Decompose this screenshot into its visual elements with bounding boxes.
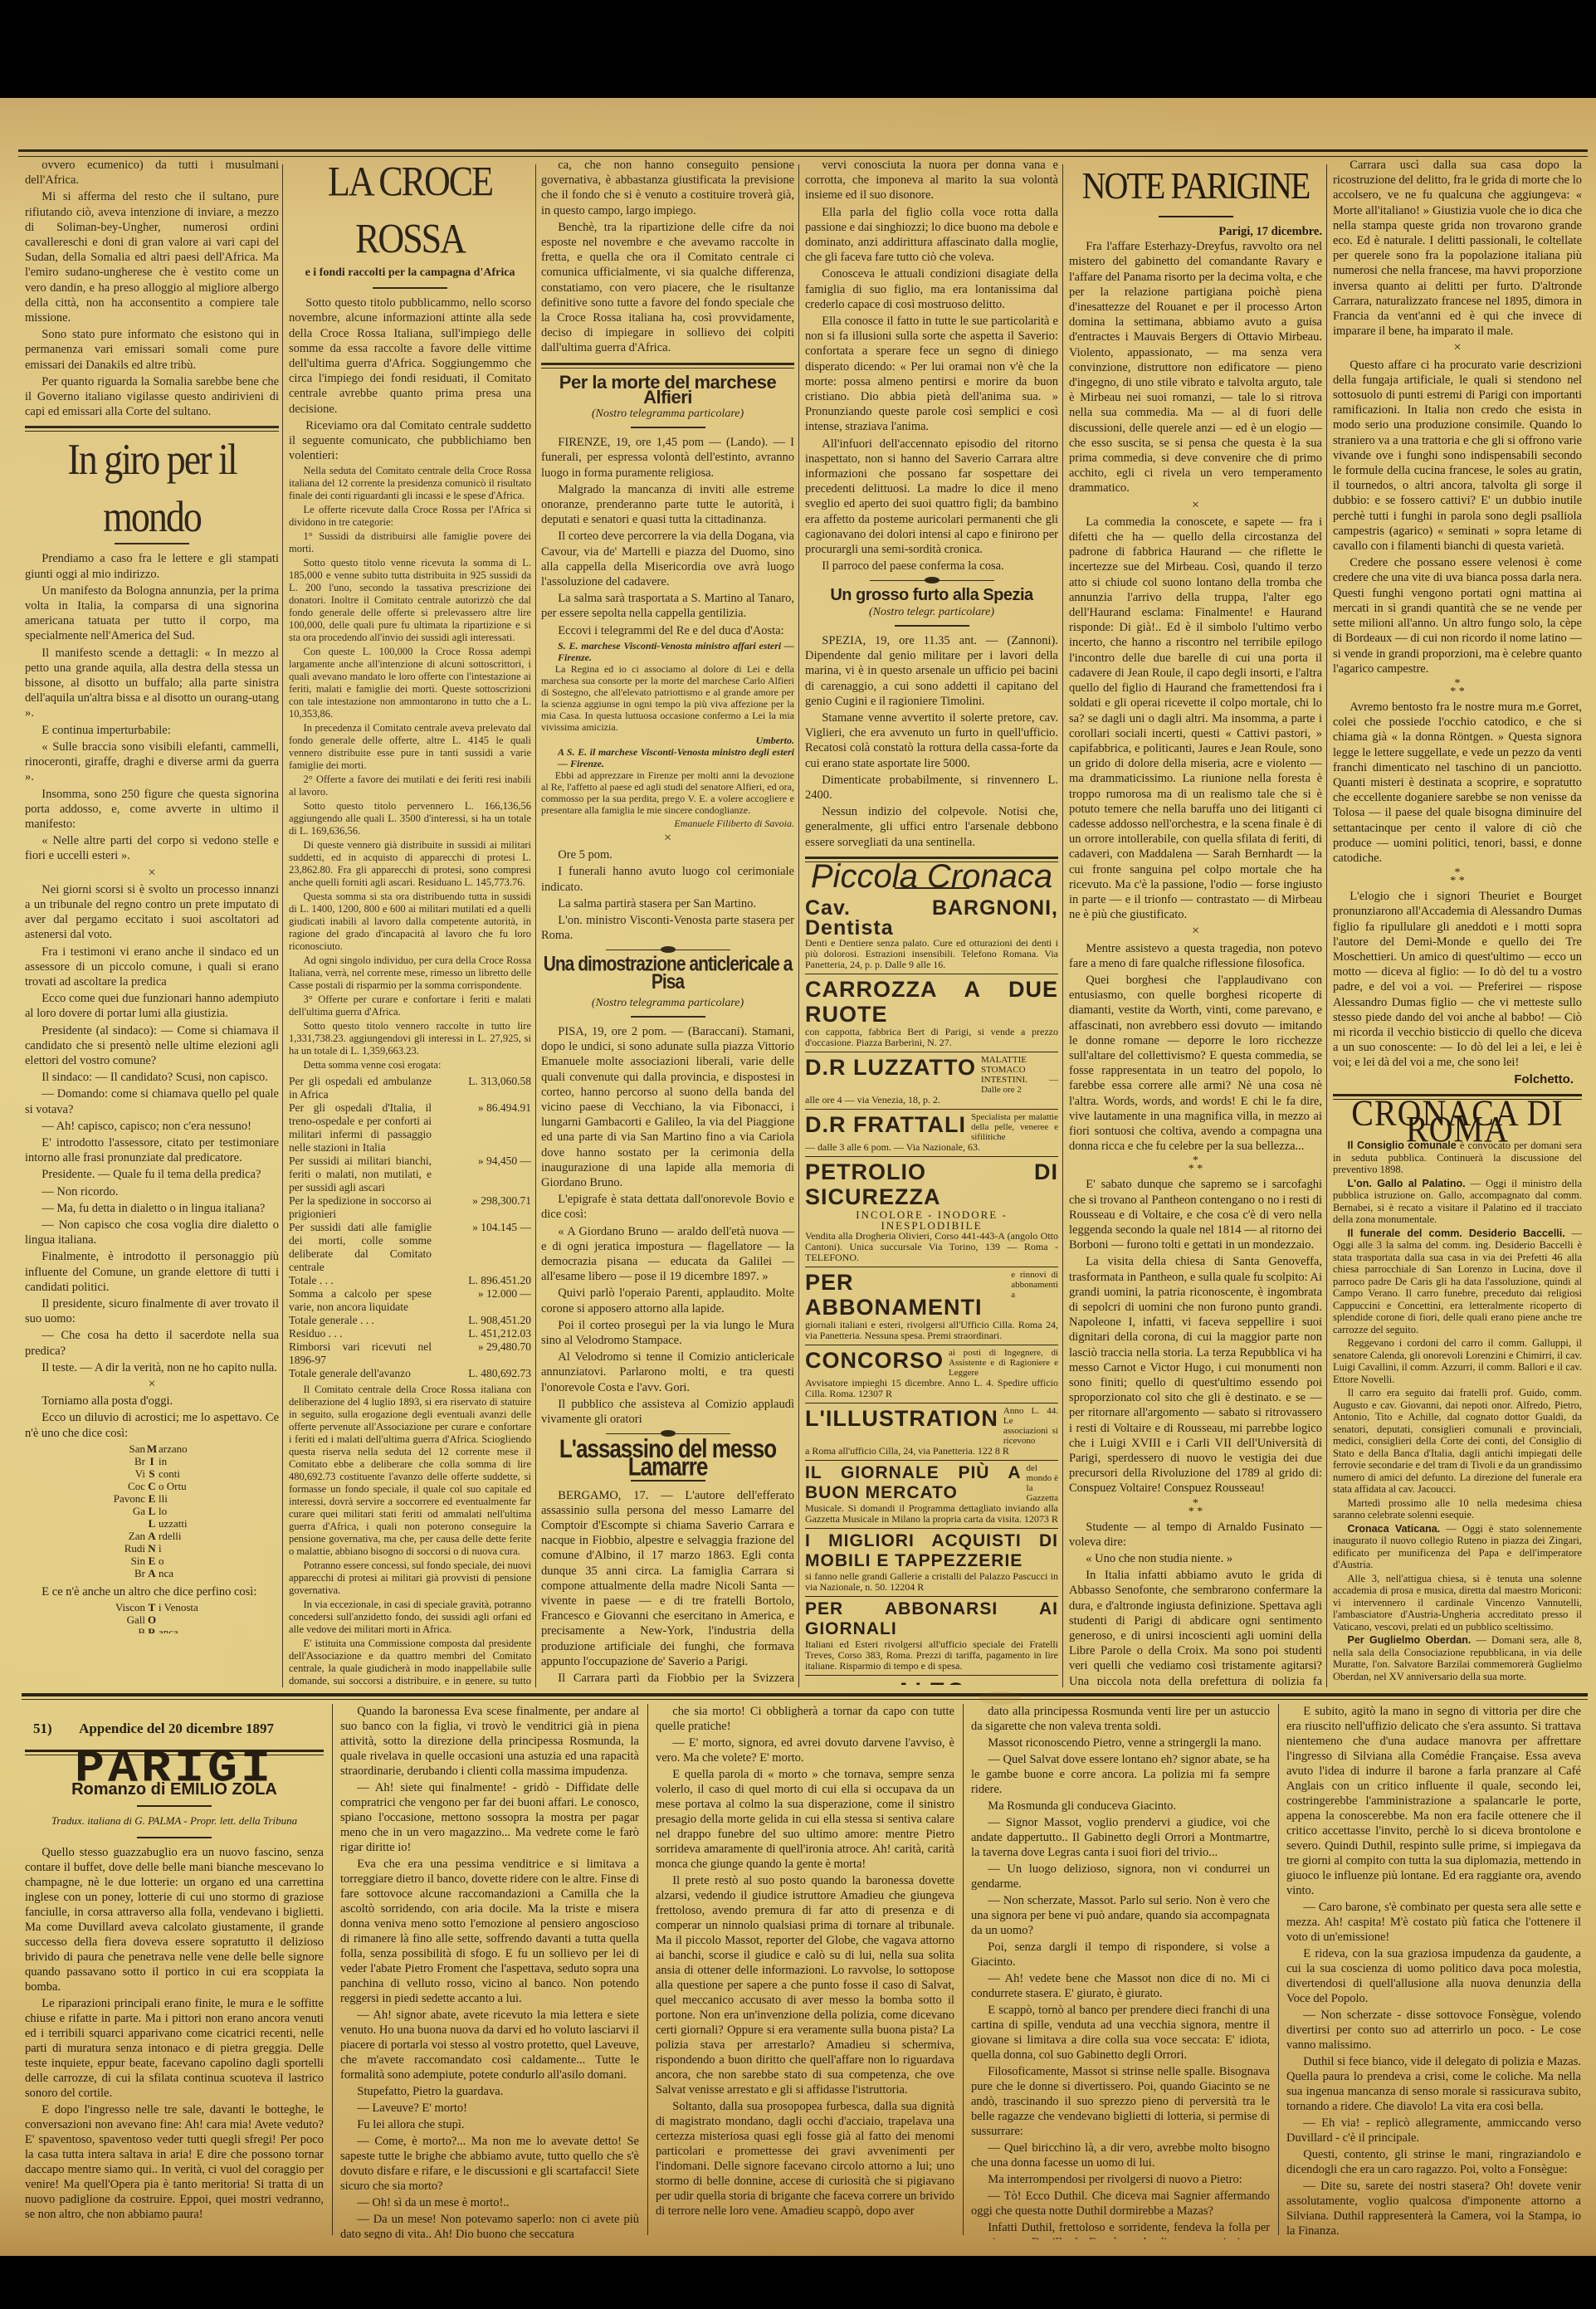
acrostic-intro-2: E ce n'è anche un altro che dice perfino… — [25, 1584, 279, 1599]
classified-ad: IL GIORNALE PIÙ A BUON MERCATOdel mondo … — [805, 1461, 1058, 1529]
paragraph: Riceviamo ora dal Comitato centrale sudd… — [289, 418, 531, 464]
acrostic-line: BrIin — [25, 1455, 279, 1467]
paragraph: Dimenticate probabilmente, si rinvennero… — [805, 773, 1058, 803]
paragraph: Quello stesso guazzabuglio era un nuovo … — [25, 1845, 324, 1994]
paragraph: Stamane venne avvertito il solerte preto… — [805, 710, 1058, 771]
cronaca-item: Cronaca Vaticana. — Oggi è stato solenne… — [1333, 1523, 1582, 1571]
paragraph: Per quanto riguarda la Somalia sarebbe b… — [25, 374, 279, 420]
paragraph: Poi, senza dargli il tempo di rispondere… — [971, 1940, 1270, 1970]
paragraph: Il sindaco: — Il candidato? Scusi, non c… — [25, 1070, 279, 1085]
paragraph: La salma partirà stasera per San Martino… — [541, 896, 794, 911]
paragraph: Mi si afferma del resto che il sultano, … — [25, 189, 279, 325]
paragraph: — Ah! capisco, capisco; non c'era nessun… — [25, 1119, 279, 1134]
paragraph: Mentre assistevo a questa tragedia, non … — [1069, 941, 1322, 971]
account-row: Per gli ospedali ed ambulanze in AfricaL… — [289, 1075, 531, 1101]
paragraph: — Ma, fu detta in dialetto o in lingua i… — [25, 1201, 279, 1216]
paragraph: — Ah! vedete bene che Massot non dice di… — [971, 1971, 1270, 2001]
classified-ad: L'ILLUSTRATIONAnno L. 44. Le associazion… — [805, 1403, 1058, 1461]
paragraph: vervi conosciuta la nuora per donna vana… — [805, 158, 1058, 203]
paragraph: All'infuori dell'accennato episodio del … — [805, 437, 1058, 558]
acrostic-line: VisconTi Venosta — [25, 1601, 279, 1613]
column-2: LA CROCE ROSSA e i fondi raccolti per la… — [289, 158, 531, 1685]
paragraph: — Un luogo delizioso, signora, non vi co… — [971, 1862, 1270, 1892]
paragraph: PISA, 19, ore 2 pom. — (Baraccani). Stam… — [541, 1024, 794, 1190]
paragraph: Credere che possano essere velenosi è co… — [1333, 555, 1582, 676]
paragraph: Sono stato pure informato che esistono q… — [25, 327, 279, 373]
classified-ad: PER ABBONARSI AI GIORNALIItaliani ed Est… — [805, 1597, 1058, 1676]
paragraph: Nei giorni scorsi si è svolto un process… — [25, 882, 279, 943]
paragraph: 3° Offerte per curare e confortare i fer… — [289, 993, 531, 1018]
newspaper-page: ovvero ecumenico) da tutti i musulmani d… — [0, 98, 1596, 2256]
paragraph: Nessun indizio del colpevole. Notisi che… — [805, 804, 1058, 850]
paragraph: FIRENZE, 19, ore 1,45 pom — (Lando). — I… — [541, 435, 794, 481]
acrostic-line: CocCo Ortu — [25, 1480, 279, 1492]
paragraph: — Eh via! - replicò allegramente, ammicc… — [1286, 2116, 1581, 2145]
paragraph: BERGAMO, 17. — L'autore dell'efferato as… — [541, 1488, 794, 1669]
paragraph: Il parroco del paese conferma la cosa. — [805, 559, 1058, 574]
paragraph: Fra i testimoni vi erano anche il sindac… — [25, 945, 279, 990]
paragraph: Ella parla del figlio colla voce rotta d… — [805, 205, 1058, 266]
classified-ad: CARROZZA A DUE RUOTEcon cappotta, fabbri… — [805, 974, 1058, 1052]
classified-ad: PER ABBONAMENTIe rinnovi di abbonamenti … — [805, 1267, 1058, 1345]
paragraph: E quella parola di « morto » che tornava… — [656, 1767, 954, 1872]
paragraph: Ad ogni singolo individuo, per cura dell… — [289, 954, 531, 992]
paragraph: SPEZIA, 19, ore 11.35 ant. — (Zannoni). … — [805, 633, 1058, 709]
paragraph: Ma Rosmunda gli conduceva Giacinto. — [971, 1799, 1270, 1814]
paragraph: Il Carrara partì da Fiobbio per la Svizz… — [541, 1671, 794, 1685]
acrostic-line: BRanca — [25, 1626, 279, 1633]
paragraph: « Sulle braccia sono visibili elefanti, … — [25, 740, 279, 785]
paragraph: E subito, agitò la mano in segno di vitt… — [1286, 1704, 1581, 1898]
paragraph: — Signor Massot, voglio prendervi a giud… — [971, 1815, 1270, 1860]
paragraph: Presidente. — Quale fu il tema della pre… — [25, 1167, 279, 1182]
feuilleton-col-3: che sia morto! Ci obbligherà a tornar da… — [656, 1704, 954, 2239]
classified-ad: PETROLIO DI SICUREZZAINCOLORE - INODORE … — [805, 1157, 1058, 1267]
dateline-parigi: Parigi, 17 dicembre. — [1069, 224, 1322, 239]
acrostic-line: ViSconti — [25, 1467, 279, 1480]
signature-folchetto: Folchetto. — [1333, 1072, 1574, 1087]
paragraph: Sotto questo titolo pervennero L. 166,13… — [289, 800, 531, 837]
col1-body2: Nei giorni scorsi si è svolto un process… — [25, 882, 279, 1375]
cronaca-item: Martedì prossimo alle 10 nella medesima … — [1333, 1497, 1582, 1521]
paragraph: L'elogio che i signori Theuriet e Bourge… — [1333, 889, 1582, 1070]
paragraph: — Non scherzate, Massot. Parlo sul serio… — [971, 1893, 1270, 1938]
paragraph: Questo affare ci ha procurato varie desc… — [1333, 358, 1582, 554]
paragraph: In precedenza il Comitato centrale aveva… — [289, 722, 531, 772]
paragraph: Il corteo deve percorrere la via della D… — [541, 529, 794, 589]
acrostic-line: GallO — [25, 1613, 279, 1626]
paragraph: Con queste L. 100,000 la Croce Rossa ade… — [289, 646, 531, 720]
appendice-line: 51) Appendice del 20 dicembre 1897 — [33, 1721, 274, 1737]
paragraph: Quivi parlò l'operaio Parenti, applaudit… — [541, 1286, 794, 1316]
paragraph: E continua imperturbabile: — [25, 723, 279, 738]
col1-intro: ovvero ecumenico) da tutti i musulmani d… — [25, 158, 279, 419]
paragraph: Questa somma si sta ora distribuendo tut… — [289, 891, 531, 953]
paragraph: Ella conosce il fatto in tutte le sue pa… — [805, 314, 1058, 435]
paragraph: Un manifesto da Bologna annunzia, per la… — [25, 583, 279, 644]
paragraph: Quei borghesi che l'applaudivano con ent… — [1069, 973, 1322, 1154]
classified-ads: Cav. BARGNONI, DentistaDenti e Dentiere … — [805, 896, 1058, 1676]
paragraph: L'epigrafe è stata dettata dall'onorevol… — [541, 1192, 794, 1222]
paragraph: Avremo bentosto fra le nostre mura m.e G… — [1333, 700, 1582, 866]
acrostic-1: SanMarzanoBrIinViScontiCocCo OrtuPavoncE… — [25, 1443, 279, 1579]
paragraph: Insomma, sono 250 figure che questa sign… — [25, 787, 279, 832]
acrostic-line: GaLlo — [25, 1505, 279, 1517]
paragraph: Poi il corteo proseguì per la via lungo … — [541, 1318, 794, 1348]
paragraph: 2° Offerte a favore dei mutilati e dei f… — [289, 774, 531, 798]
paragraph: — E' morto, signora, ed avrei dovuto dar… — [656, 1735, 954, 1765]
acrostic-2: VisconTi VenostaGallOBRancaS. MarzaNoLuz… — [25, 1601, 279, 1633]
paragraph: Il presidente, sicuro finalmente di aver… — [25, 1296, 279, 1326]
cronaca-item: Il carro era seguito dai fratelli prof. … — [1333, 1387, 1582, 1496]
paragraph: E rideva, con la sua graziosa impudenza … — [1286, 1946, 1581, 2006]
paragraph: Finalmente, è introdotto il personaggio … — [25, 1249, 279, 1295]
account-row: Residuo . . .L. 451,212.03 — [289, 1327, 531, 1340]
account-row: Totale generale . . .L. 908,451.20 — [289, 1314, 531, 1327]
account-row: Rimborsi vari ricevuti nel 1896-97» 29,4… — [289, 1340, 531, 1367]
paragraph: La visita della chiesa di Santa Genoveff… — [1069, 1254, 1322, 1496]
feuilleton-col-1: PARIGI Romanzo di EMILIO ZOLA Tradux. it… — [25, 1750, 324, 2239]
classified-ad: I MIGLIORI ACQUISTI DI MOBILI E TAPPEZZE… — [805, 1529, 1058, 1597]
paragraph: Questi, contento, gli strinse le mani, r… — [1286, 2147, 1581, 2177]
paragraph: Stupefatto, Pietro la guardava. — [340, 2084, 639, 2099]
paragraph: — Oh! sì da un mese è morto!.. — [340, 2195, 639, 2210]
paragraph: Il pubblico che assisteva al Comizio app… — [541, 1397, 794, 1427]
paragraph: Il Comitato centrale della Croce Rossa i… — [289, 1384, 531, 1558]
headline-cronaca-di-roma: CRONACA DI ROMA — [1333, 1105, 1582, 1138]
col1-body3: Torniamo alla posta d'oggi.Ecco un diluv… — [25, 1394, 279, 1441]
classified-ad: Cav. BARGNONI, DentistaDenti e Dentiere … — [805, 896, 1058, 974]
paragraph: In Italia infatti abbiamo avuto le grida… — [1069, 1568, 1322, 1685]
headline-note-parigine: NOTE PARIGINE — [1069, 158, 1322, 215]
acrostic-line: SinEo — [25, 1555, 279, 1567]
paragraph: E scappò, tornò al banco per prendere di… — [971, 2003, 1270, 2062]
masthead-rule — [18, 149, 1588, 157]
paragraph: Massot riconoscendo Pietro, venne a stri… — [971, 1735, 1270, 1750]
classified-ad: CONCORSOai posti di Ingegnere, di Assist… — [805, 1345, 1058, 1403]
paragraph: Le riparazioni principali erano finite, … — [25, 1996, 324, 2101]
account-row: Per sussidi dati alle famiglie dei morti… — [289, 1221, 531, 1274]
paragraph: Quando la baronessa Eva scese finalmente… — [340, 1704, 639, 1779]
ad-alto-tradimento: ALTO TRADIMENTO I ciarlatani che promett… — [805, 1676, 1058, 1685]
novel-title: PARIGI — [25, 1763, 324, 1776]
cronaca-item: Alle 3, nell'attigua chiesa, si è tenuta… — [1333, 1573, 1582, 1633]
paragraph: — Ah! signor abate, avete ricevuto la mi… — [340, 2008, 639, 2082]
account-row: Per sussidi ai militari bianchi, feriti … — [289, 1154, 531, 1194]
paragraph: — Caro barone, s'è combinato per questa … — [1286, 1900, 1581, 1945]
paragraph: Di queste vennero già distribuite in sus… — [289, 839, 531, 889]
paragraph: — Come, è morto?... Ma non me lo avevate… — [340, 2134, 639, 2194]
paragraph: Conosceva le attuali condizioni disagiat… — [805, 266, 1058, 312]
feuilleton-col-4: dato alla principessa Rosmunda venti lir… — [971, 1704, 1270, 2239]
paragraph: La salma sarà trasportata a S. Martino a… — [541, 591, 794, 621]
headline-pisa: Una dimostrazione anticlericale a Pisa — [541, 956, 794, 993]
paragraph: « Nelle altre parti del corpo si vedono … — [25, 833, 279, 863]
cronaca-item: Per Guglielmo Oberdan. — Domani sera, al… — [1333, 1634, 1582, 1682]
paragraph: — Laveuve? E' morto! — [340, 2101, 639, 2116]
paragraph: Eva che era una pessima venditrice e si … — [340, 1857, 639, 2006]
headline-croce-rossa: LA CROCE ROSSA — [289, 158, 531, 268]
paragraph: ca, che non hanno conseguito pensione go… — [541, 158, 794, 218]
paragraph: Fu lei allora che stupì. — [340, 2117, 639, 2132]
paragraph: dato alla principessa Rosmunda venti lir… — [971, 1704, 1270, 1734]
paragraph: Nella seduta del Comitato centrale della… — [289, 465, 531, 502]
account-row: Per la spedizione in soccorso ai prigion… — [289, 1194, 531, 1221]
paragraph: Il teste. — A dir la verità, non ne ho c… — [25, 1360, 279, 1375]
headline-alfieri: Per la morte del marchese Alfieri — [541, 375, 794, 405]
paragraph: Presidente (al sindaco): — Come si chiam… — [25, 1023, 279, 1069]
paragraph: — Quel Salvat dove essere lontano eh? si… — [971, 1752, 1270, 1797]
acrostic-line: SanMarzano — [25, 1443, 279, 1455]
acrostic-line: RudiNì — [25, 1542, 279, 1555]
headline-in-giro: In giro per il mondo — [25, 431, 279, 545]
paragraph: E' sabato dunque che sapremo se i sarcof… — [1069, 1177, 1322, 1252]
headline-spezia: Un grosso furto alla Spezia — [805, 588, 1058, 603]
paragraph: In via eccezionale, in casi di speciale … — [289, 1599, 531, 1636]
account-row: Per gli ospedali d'Italia, il treno-ospe… — [289, 1101, 531, 1154]
account-row: Somma a calcolo per spese varie, non anc… — [289, 1287, 531, 1314]
piccola-cronaca-title: Piccola Cronaca — [805, 869, 1058, 884]
col1-body: Prendiamo a caso fra le lettere e gli st… — [25, 551, 279, 863]
acrostic-line: ZanArdelli — [25, 1530, 279, 1542]
paragraph: Eccovi i telegrammi del Re e del duca d'… — [541, 623, 794, 638]
paragraph: — Da un mese! Non potevamo saperlo: non … — [340, 2212, 639, 2239]
feuilleton-col-2: Quando la baronessa Eva scese finalmente… — [340, 1704, 639, 2239]
paragraph: Soltanto, dalla sua prosopopea furbesca,… — [656, 2099, 954, 2219]
paragraph: Sotto questo titolo vennero raccolte in … — [289, 1020, 531, 1057]
headline-lamarre: L'assassino del messo Lamarre — [541, 1440, 794, 1477]
translator-note: Tradux. italiana di G. PALMA - Propr. le… — [25, 1814, 324, 1828]
account-row: Totale . . .L. 896.451.20 — [289, 1274, 531, 1287]
cronaca-item: Reggevano i cordoni del carro il comm. G… — [1333, 1337, 1582, 1385]
paragraph: Fra l'affare Esterhazy-Dreyfus, ravvolto… — [1069, 239, 1322, 495]
paragraph: L'on. ministro Visconti-Venosta parte st… — [541, 913, 794, 943]
paragraph: — Non capisco che cosa voglia dire diale… — [25, 1218, 279, 1247]
column-6: Carrara uscì dalla sua casa dopo la rico… — [1333, 158, 1582, 1685]
paragraph: E' introdotto l'assessore, citato per te… — [25, 1135, 279, 1165]
feuilleton-rule — [22, 1693, 1588, 1700]
paragraph: Sotto questo titolo venne ricevuta la so… — [289, 557, 531, 644]
paragraph: Il prete restò al suo posto quando la ba… — [656, 1873, 954, 2097]
classified-ad: D.R LUZZATTOMALATTIE STOMACO INTESTINI. … — [805, 1052, 1058, 1110]
paragraph: Infatti Duthil, frettoloso e sorridente,… — [971, 2220, 1270, 2239]
paragraph: La commedia la conoscete, e sapete — fra… — [1069, 515, 1322, 922]
paragraph: Ore 5 pom. — [541, 847, 794, 862]
acrostic-line: PavoncElli — [25, 1492, 279, 1505]
cronaca-item: L'on. Gallo al Palatino. — Oggi il minis… — [1333, 1178, 1582, 1226]
paragraph: Ecco come quei due funzionari hanno adem… — [25, 991, 279, 1021]
paragraph: Filosoficamente, Massot si strinse nelle… — [971, 2064, 1270, 2139]
paragraph: — Che cosa ha detto il sacerdote nella s… — [25, 1328, 279, 1358]
paragraph: E dopo l'ingresso nelle tre sale, davant… — [25, 2102, 324, 2222]
paragraph: « Uno che non studia niente. » — [1069, 1551, 1322, 1566]
acrostic-line: BrAnca — [25, 1567, 279, 1579]
paragraph: Le offerte ricevute dalla Croce Rossa pe… — [289, 504, 531, 529]
accounts-table: Per gli ospedali ed ambulanze in AfricaL… — [289, 1075, 531, 1380]
paragraph: I funerali hanno avuto luogo col cerimon… — [541, 864, 794, 894]
column-5: NOTE PARIGINE Parigi, 17 dicembre. Fra l… — [1069, 158, 1322, 1685]
paragraph: Studente — al tempo di Arnaldo Fusinato … — [1069, 1520, 1322, 1550]
cronaca-item: Associazione della stampa. — Domani sera… — [1333, 1684, 1582, 1685]
paragraph: Ecco un diluvio di acrostici; me lo aspe… — [25, 1410, 279, 1440]
feuilleton-col-5: E subito, agitò la mano in segno di vitt… — [1286, 1704, 1581, 2239]
column-1: ovvero ecumenico) da tutti i musulmani d… — [25, 158, 279, 1633]
paragraph: Sotto questo titolo pubblicammo, nello s… — [289, 295, 531, 417]
classified-ad: D.R FRATTALISpecialista per malattie del… — [805, 1110, 1058, 1157]
paragraph: Duthil si fece bianco, vide il delegato … — [1286, 2054, 1581, 2114]
paragraph: Benchè, tra la ripartizione delle cifre … — [541, 220, 794, 356]
paragraph: — Dite su, sarete dei nostri stasera? Oh… — [1286, 2179, 1581, 2238]
paragraph: Al Velodromo si tenne il Comizio anticle… — [541, 1350, 794, 1395]
paragraph: 1° Sussidi da distribuirsi alle famiglie… — [289, 530, 531, 555]
paragraph: Il manifesto scende a dettagli: « In mez… — [25, 646, 279, 721]
account-row: Totale generale dell'avanzoL. 480,692.73 — [289, 1367, 531, 1380]
paragraph: Carrara uscì dalla sua casa dopo la rico… — [1333, 158, 1582, 339]
paragraph: Detta somma venne così erogata: — [289, 1059, 531, 1072]
paragraph: che sia morto! Ci obbligherà a tornar da… — [656, 1704, 954, 1734]
column-3: ca, che non hanno conseguito pensione go… — [541, 158, 794, 1685]
paragraph: ovvero ecumenico) da tutti i musulmani d… — [25, 158, 279, 188]
paragraph: « A Giordano Bruno — araldo dell'età nuo… — [541, 1224, 794, 1285]
paragraph: — Non ricordo. — [25, 1184, 279, 1199]
column-4: vervi conosciuta la nuora per donna vana… — [805, 158, 1058, 1685]
paragraph: — Domando: come si chiamava quello pel q… — [25, 1086, 279, 1116]
paragraph: Potranno essere concessi, sul fondo spec… — [289, 1560, 531, 1597]
paragraph: Torniamo alla posta d'oggi. — [25, 1394, 279, 1408]
paragraph: — Quel biricchino là, a dir vero, avrebb… — [971, 2141, 1270, 2170]
paragraph: Prendiamo a caso fra le lettere e gli st… — [25, 551, 279, 581]
paragraph: — Tò! Ecco Duthil. Che diceva mai Sagnie… — [971, 2189, 1270, 2219]
paragraph: Malgrado la mancanza di inviti alle estr… — [541, 482, 794, 528]
paragraph: Ma interrompendosi per rivolgersi di nuo… — [971, 2172, 1270, 2187]
paragraph: — Ah! siete qui finalmente! - gridò - Di… — [340, 1780, 639, 1855]
acrostic-line: Luzzatti — [25, 1517, 279, 1530]
paragraph: E' istituita una Commissione composta da… — [289, 1638, 531, 1685]
paragraph: — Non scherzate - disse sottovoce Fonsèg… — [1286, 2008, 1581, 2053]
